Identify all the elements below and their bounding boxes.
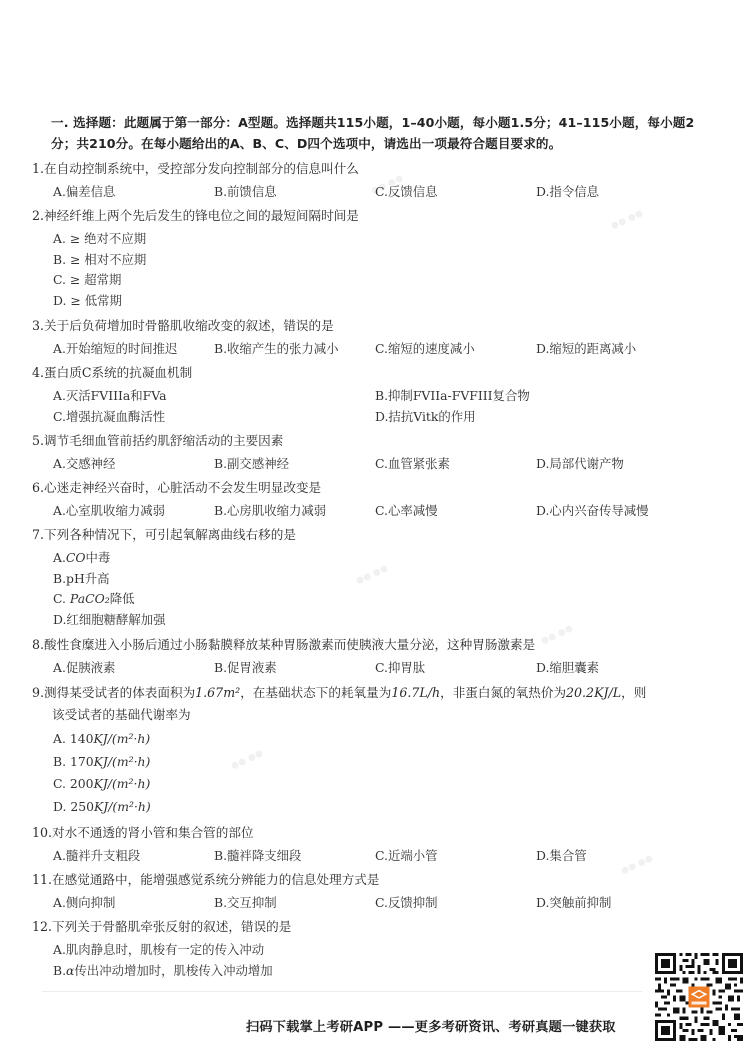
option-d[interactable]: D.缩短的距离减小 [536,337,697,361]
question-stem: 2.神经纤维上两个先后发生的锋电位之间的最短间隔时间是 [32,204,722,227]
footer-divider [42,991,642,992]
option-label: D.红细胞糖酵解加强 [53,612,166,627]
question-text: 调节毛细血管前括约肌舒缩活动的主要因素 [44,433,283,448]
question-7: 7.下列各种情况下，可引起氧解离曲线右移的是 A.CO中毒 B.pH升高 C. … [32,523,722,633]
question-number: 5. [32,433,44,448]
question-text: 蛋白质C系统的抗凝血机制 [44,365,192,380]
option-label: A. 140 [53,731,93,746]
option-a[interactable]: A. 140KJ/(m²·h) [53,728,722,751]
option-d[interactable]: D.拮抗Vitk的作用 [375,407,697,428]
option-a[interactable]: A.开始缩短的时间推迟 [53,337,214,361]
question-text-continued: 该受试者的基础代谢率为 [32,704,722,726]
section-instructions: 一. 选择题：此题属于第一部分：A型题。选择题共115小题，1–40小题，每小题… [51,112,716,154]
option-c[interactable]: C.近端小管 [375,844,536,868]
options: A.侧向抑制 B.交互抑制 C.反馈抑制 D.突触前抑制 [32,891,722,915]
question-text: 心迷走神经兴奋时，心脏活动不会发生明显改变是 [44,480,321,495]
option-label: D. 250 [53,799,94,814]
question-5: 5.调节毛细血管前括约肌舒缩活动的主要因素 A.交感神经 B.副交感神经 C.血… [32,429,722,476]
question-stem: 12.下列关于骨骼肌牵张反射的叙述，错误的是 [32,915,722,938]
option-a[interactable]: A.CO中毒 [53,548,722,569]
options: A. 140KJ/(m²·h) B. 170KJ/(m²·h) C. 200KJ… [32,726,722,821]
option-b[interactable]: B.促胃液素 [214,656,375,680]
question-1: 1.在自动控制系统中，受控部分发向控制部分的信息叫什么 A.偏差信息 B.前馈信… [32,157,722,204]
option-c[interactable]: C.增强抗凝血酶活性 [53,407,375,428]
question-number: 7. [32,527,44,542]
option-c[interactable]: C.反馈抑制 [375,891,536,915]
option-b[interactable]: B. ≥ 相对不应期 [53,250,722,271]
question-stem: 1.在自动控制系统中，受控部分发向控制部分的信息叫什么 [32,157,722,180]
option-a[interactable]: A.肌肉静息时，肌梭有一定的传入冲动 [53,940,722,961]
question-number: 4. [32,365,44,380]
exam-page: ●● ●● ●● ●● ●● ●● ●● ●● ●● ●● ●● ●● 一. 选… [0,0,750,1061]
question-text: 测得某受试者的体表面积为 [44,685,195,700]
option-d[interactable]: D.局部代谢产物 [536,452,697,476]
question-stem: 5.调节毛细血管前括约肌舒缩活动的主要因素 [32,429,722,452]
question-text: 关于后负荷增加时骨骼肌收缩改变的叙述，错误的是 [44,318,334,333]
question-6: 6.心迷走神经兴奋时，心脏活动不会发生明显改变是 A.心室肌收缩力减弱 B.心房… [32,476,722,523]
option-b[interactable]: B.前馈信息 [214,180,375,204]
question-text: 酸性食糜进入小肠后通过小肠黏膜释放某种胃肠激素而使胰液大量分泌，这种胃肠激素是 [44,637,535,652]
option-b[interactable]: B.抑制FVIIa-FVFIII复合物 [375,386,697,407]
question-12: 12.下列关于骨骼肌牵张反射的叙述，错误的是 A.肌肉静息时，肌梭有一定的传入冲… [32,915,722,984]
math-paco2: PaCO₂ [70,591,110,606]
option-d[interactable]: D.缩胆囊素 [536,656,697,680]
option-text: 传出冲动增加时，肌梭传入冲动增加 [74,963,272,978]
question-list: 1.在自动控制系统中，受控部分发向控制部分的信息叫什么 A.偏差信息 B.前馈信… [32,157,722,984]
question-11: 11.在感觉通路中，能增强感觉系统分辨能力的信息处理方式是 A.侧向抑制 B.交… [32,868,722,915]
question-3: 3.关于后负荷增加时骨骼肌收缩改变的叙述，错误的是 A.开始缩短的时间推迟 B.… [32,314,722,361]
option-b[interactable]: B.心房肌收缩力减弱 [214,499,375,523]
question-number: 10. [32,825,52,840]
option-c[interactable]: C.反馈信息 [375,180,536,204]
question-stem: 11.在感觉通路中，能增强感觉系统分辨能力的信息处理方式是 [32,868,722,891]
option-label: B. [53,963,66,978]
option-c[interactable]: C. 200KJ/(m²·h) [53,773,722,796]
question-text: 对水不通透的肾小管和集合管的部位 [52,825,254,840]
option-b[interactable]: B.副交感神经 [214,452,375,476]
question-stem: 6.心迷走神经兴奋时，心脏活动不会发生明显改变是 [32,476,722,499]
qr-code-icon[interactable] [655,953,743,1041]
option-a[interactable]: A.交感神经 [53,452,214,476]
option-a[interactable]: A. ≥ 绝对不应期 [53,229,722,250]
option-b[interactable]: B.α传出冲动增加时，肌梭传入冲动增加 [53,961,722,982]
option-a[interactable]: A.心室肌收缩力减弱 [53,499,214,523]
math-unit: KJ/(m²·h) [93,731,150,746]
options: A. ≥ 绝对不应期 B. ≥ 相对不应期 C. ≥ 超常期 D. ≥ 低常期 [32,227,722,314]
question-text: ，则 [621,685,646,700]
question-2: 2.神经纤维上两个先后发生的锋电位之间的最短间隔时间是 A. ≥ 绝对不应期 B… [32,204,722,314]
question-number: 2. [32,208,44,223]
question-stem: 8.酸性食糜进入小肠后通过小肠黏膜释放某种胃肠激素而使胰液大量分泌，这种胃肠激素… [32,633,722,656]
question-stem: 10.对水不通透的肾小管和集合管的部位 [32,821,722,844]
options: A.CO中毒 B.pH升高 C. PaCO₂降低 D.红细胞糖酵解加强 [32,546,722,633]
option-a[interactable]: A.髓袢升支粗段 [53,844,214,868]
option-b[interactable]: B. 170KJ/(m²·h) [53,751,722,774]
question-stem: 4.蛋白质C系统的抗凝血机制 [32,361,722,384]
math-oxygen-consumption: 16.7L/h [391,685,440,700]
options: A.肌肉静息时，肌梭有一定的传入冲动 B.α传出冲动增加时，肌梭传入冲动增加 [32,938,722,984]
options: A.偏差信息 B.前馈信息 C.反馈信息 D.指令信息 [32,180,722,204]
question-number: 11. [32,872,52,887]
question-number: 6. [32,480,44,495]
option-text: 降低 [110,591,135,606]
options: A.灭活FVIIIa和FVa B.抑制FVIIa-FVFIII复合物 C.增强抗… [32,384,722,429]
question-number: 8. [32,637,44,652]
question-number: 9. [32,685,44,700]
math-unit: KJ/(m²·h) [94,776,151,791]
option-b[interactable]: B.pH升高 [53,569,722,590]
option-label: B.pH升高 [53,571,110,586]
option-label: A.肌肉静息时，肌梭有一定的传入冲动 [53,942,264,957]
option-a[interactable]: A.侧向抑制 [53,891,214,915]
option-label: B. 170 [53,754,94,769]
option-d[interactable]: D. ≥ 低常期 [53,291,722,312]
option-d[interactable]: D.集合管 [536,844,697,868]
option-a[interactable]: A.促胰液素 [53,656,214,680]
option-label: A. [53,550,66,565]
question-text: ，非蛋白氮的氧热价为 [440,685,566,700]
option-b[interactable]: B.交互抑制 [214,891,375,915]
question-text: 神经纤维上两个先后发生的锋电位之间的最短间隔时间是 [44,208,359,223]
option-c[interactable]: C.心率减慢 [375,499,536,523]
options: A.开始缩短的时间推迟 B.收缩产生的张力减小 C.缩短的速度减小 D.缩短的距… [32,337,722,361]
math-co: CO [66,550,86,565]
options: A.心室肌收缩力减弱 B.心房肌收缩力减弱 C.心率减慢 D.心内兴奋传导减慢 [32,499,722,523]
option-label: C. 200 [53,776,94,791]
question-text: 下列各种情况下，可引起氧解离曲线右移的是 [44,527,296,542]
math-unit: KJ/(m²·h) [94,754,151,769]
option-d[interactable]: D.指令信息 [536,180,697,204]
option-c[interactable]: C. ≥ 超常期 [53,270,722,291]
question-9: 9.测得某受试者的体表面积为1.67m²，在基础状态下的耗氧量为16.7L/h，… [32,680,722,821]
question-8: 8.酸性食糜进入小肠后通过小肠黏膜释放某种胃肠激素而使胰液大量分泌，这种胃肠激素… [32,633,722,680]
question-number: 12. [32,919,52,934]
option-b[interactable]: B.髓袢降支细段 [214,844,375,868]
options: A.交感神经 B.副交感神经 C.血管紧张素 D.局部代谢产物 [32,452,722,476]
question-text: 在感觉通路中，能增强感觉系统分辨能力的信息处理方式是 [52,872,379,887]
question-10: 10.对水不通透的肾小管和集合管的部位 A.髓袢升支粗段 B.髓袢降支细段 C.… [32,821,722,868]
question-stem: 7.下列各种情况下，可引起氧解离曲线右移的是 [32,523,722,546]
question-number: 1. [32,161,44,176]
option-c[interactable]: C. PaCO₂降低 [53,589,722,610]
question-number: 3. [32,318,44,333]
option-d[interactable]: D.突触前抑制 [536,891,697,915]
option-label: C. [53,591,70,606]
option-b[interactable]: B.收缩产生的张力减小 [214,337,375,361]
options: A.促胰液素 B.促胃液素 C.抑胃肽 D.缩胆囊素 [32,656,722,680]
option-a[interactable]: A.灭活FVIIIa和FVa [53,386,375,407]
option-c[interactable]: C.抑胃肽 [375,656,536,680]
option-text: 中毒 [86,550,111,565]
question-stem: 3.关于后负荷增加时骨骼肌收缩改变的叙述，错误的是 [32,314,722,337]
math-unit: KJ/(m²·h) [94,799,151,814]
question-stem: 9.测得某受试者的体表面积为1.67m²，在基础状态下的耗氧量为16.7L/h，… [32,680,722,726]
question-text: 在自动控制系统中，受控部分发向控制部分的信息叫什么 [44,161,359,176]
option-c[interactable]: C.缩短的速度减小 [375,337,536,361]
option-d[interactable]: D.心内兴奋传导减慢 [536,499,697,523]
question-text: ，在基础状态下的耗氧量为 [240,685,391,700]
math-caloric-equivalent: 20.2KJ/L [566,685,621,700]
option-a[interactable]: A.偏差信息 [53,180,214,204]
question-4: 4.蛋白质C系统的抗凝血机制 A.灭活FVIIIa和FVa B.抑制FVIIa-… [32,361,722,429]
option-d[interactable]: D. 250KJ/(m²·h) [53,796,722,819]
question-text: 下列关于骨骼肌牵张反射的叙述，错误的是 [52,919,291,934]
options: A.髓袢升支粗段 B.髓袢降支细段 C.近端小管 D.集合管 [32,844,722,868]
option-d[interactable]: D.红细胞糖酵解加强 [53,610,722,631]
math-body-surface-area: 1.67m² [195,685,240,700]
option-c[interactable]: C.血管紧张素 [375,452,536,476]
footer-promo-text[interactable]: 扫码下载掌上考研APP ——更多考研资讯、考研真题一键获取 [246,1016,616,1035]
